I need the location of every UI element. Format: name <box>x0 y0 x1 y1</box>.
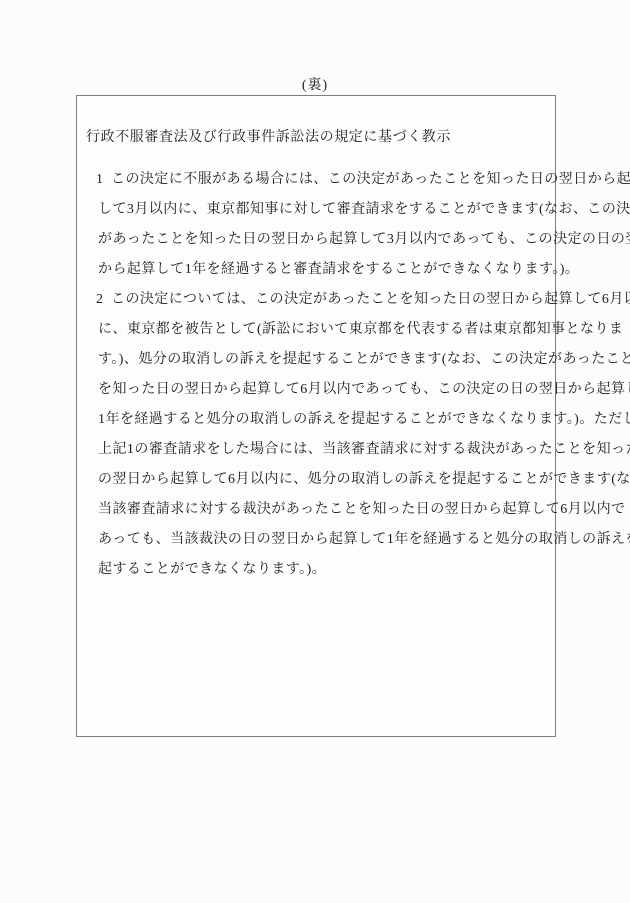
item2-line: 当該審査請求に対する裁決があったことを知った日の翌日から起算して6月以内で <box>98 500 626 520</box>
item1-line: して3月以内に、東京都知事に対して審査請求をすることができます(なお、この決定 <box>98 200 630 220</box>
item2-line: 2この決定については、この決定があったことを知った日の翌日から起算して6月以内 <box>96 290 630 310</box>
notice-title: 行政不服審査法及び行政事件訴訟法の規定に基づく教示 <box>86 126 451 146</box>
item1-line: があったことを知った日の翌日から起算して3月以内であっても、この決定の日の翌日 <box>98 230 630 250</box>
item1-number: 1 <box>96 170 111 190</box>
item2-line: す。)、処分の取消しの訴えを提起することができます(なお、この決定があったこと <box>98 350 630 370</box>
item1-text: この決定に不服がある場合には、この決定があったことを知った日の翌日から起算 <box>111 172 630 187</box>
item1-line: 1この決定に不服がある場合には、この決定があったことを知った日の翌日から起算 <box>96 170 630 190</box>
item2-line: に、東京都を被告として(訴訟において東京都を代表する者は東京都知事となりま <box>98 320 623 340</box>
item2-line: を知った日の翌日から起算して6月以内であっても、この決定の日の翌日から起算して <box>98 380 630 400</box>
item2-line: の翌日から起算して6月以内に、処分の取消しの訴えを提起することができます(なお、 <box>98 470 630 490</box>
item2-line: 1年を経過すると処分の取消しの訴えを提起することができなくなります。)。ただし、 <box>98 410 630 430</box>
item2-line: 上記1の審査請求をした場合には、当該審査請求に対する裁決があったことを知った日 <box>98 440 630 460</box>
item2-line: 起することができなくなります。)。 <box>98 560 326 580</box>
page-side-label: (裏) <box>0 74 630 94</box>
item2-text: この決定については、この決定があったことを知った日の翌日から起算して6月以内 <box>111 292 630 307</box>
item2-number: 2 <box>96 290 111 310</box>
item1-line: から起算して1年を経過すると審査請求をすることができなくなります。)。 <box>98 260 579 280</box>
notice-border-box: 行政不服審査法及び行政事件訴訟法の規定に基づく教示 1この決定に不服がある場合に… <box>76 95 556 737</box>
item2-line: あっても、当該裁決の日の翌日から起算して1年を経過すると処分の取消しの訴えを提 <box>98 530 630 550</box>
document-page: { "page": { "side_label": "(裏)" }, "noti… <box>0 0 630 903</box>
